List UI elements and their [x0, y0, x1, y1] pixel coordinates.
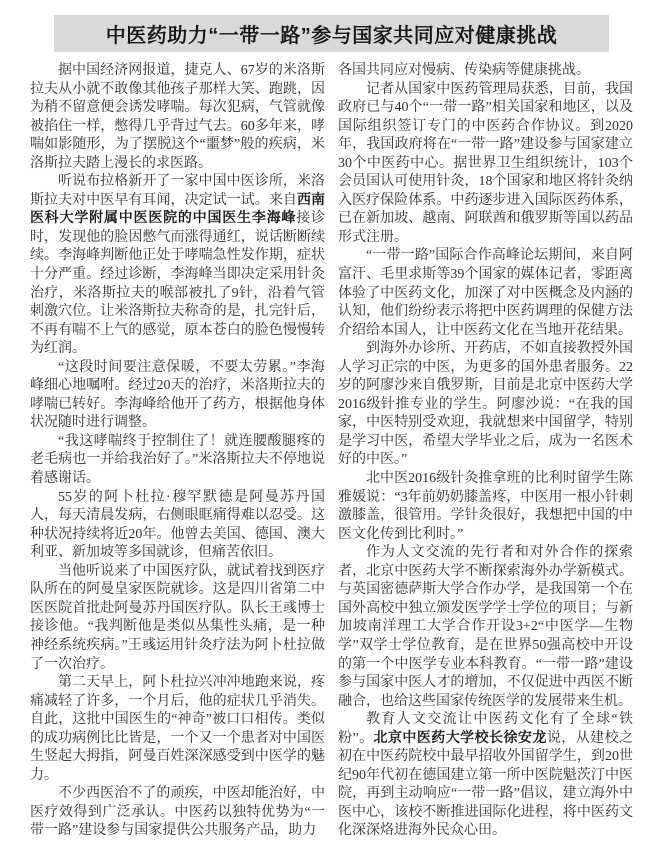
body-text: 各国共同应对慢病、传染病等健康挑战。 [338, 63, 590, 78]
paragraph: 教育人文交流让中医药文化有了全球“铁粉”。北京中医药大学校长徐安龙说，从建校之初… [338, 711, 633, 841]
article-title-bar: 中医药助力“一带一路”参与国家共同应对健康挑战 [54, 15, 609, 52]
paragraph: 不少西医治不了的顽疾，中医却能治好，中医疗效得到广泛承认。中医药以独特优势为“一… [30, 785, 325, 841]
body-text: 听说布拉格新开了一家中国中医诊所，米洛斯拉夫对中医早有耳闻，决定试一试。来自 [30, 174, 325, 208]
body-text: 到海外办诊所、开药店，不如直接教授外国人学习正宗的中医，为更多的国外患者服务。2… [338, 341, 633, 467]
emphasized-text: 北京中医药大学校长徐安龙 [374, 731, 547, 746]
article-column-right: 各国共同应对慢病、传染病等健康挑战。记者从国家中医药管理局获悉，目前，我国政府已… [338, 62, 633, 841]
body-text: 说，从建校之初在中医药院校中最早招收外国留学生，到20世纪90年代初在德国建立第… [338, 731, 633, 839]
body-text: 55岁的阿卜杜拉·穆罕默德是阿曼苏丹国人，每天清晨发病，右侧眼眶痛得难以忍受。这… [30, 490, 325, 561]
body-text: “我这哮喘终于控制住了！就连腰酸腿疼的老毛病也一并给我治好了。”米洛斯拉夫不停地… [30, 434, 325, 486]
body-text: “这段时间要注意保暖，不要太劳累。”李海峰细心地嘱咐。经过20天的治疗，米洛斯拉… [30, 360, 325, 431]
paragraph: 北中医2016级针灸推拿班的比利时留学生陈雅媛说：“3年前奶奶膝盖疼，中医用一根… [338, 470, 633, 544]
paragraph: 听说布拉格新开了一家中国中医诊所，米洛斯拉夫对中医早有耳闻，决定试一试。来自西南… [30, 173, 325, 358]
paragraph: 到海外办诊所、开药店，不如直接教授外国人学习正宗的中医，为更多的国外患者服务。2… [338, 340, 633, 470]
body-text: “一带一路”国际合作高峰论坛期间，来自阿富汗、毛里求斯等39个国家的媒体记者，零… [338, 248, 633, 337]
body-text: 记者从国家中医药管理局获悉，目前，我国政府已与40个“一带一路”相关国家和地区，… [338, 82, 633, 245]
body-text: 不少西医治不了的顽疾，中医却能治好，中医疗效得到广泛承认。中医药以独特优势为“一… [30, 786, 325, 838]
body-text: 据中国经济网报道，捷克人、67岁的米洛斯拉夫从小就不敢像其他孩子那样大笑、跑跳，… [30, 63, 325, 171]
paragraph: “这段时间要注意保暖，不要太劳累。”李海峰细心地嘱咐。经过20天的治疗，米洛斯拉… [30, 359, 325, 433]
body-text: 作为人文交流的先行者和对外合作的探索者，北京中医药大学不断探索海外办学新模式。与… [338, 545, 633, 708]
article-columns: 据中国经济网报道，捷克人、67岁的米洛斯拉夫从小就不敢像其他孩子那样大笑、跑跳，… [30, 62, 633, 841]
paragraph: 当他听说来了中国医疗队，就试着找到医疗队所在的阿曼皇家医院就诊。这是四川省第二中… [30, 563, 325, 674]
body-text: 北中医2016级针灸推拿班的比利时留学生陈雅媛说：“3年前奶奶膝盖疼，中医用一根… [338, 471, 633, 542]
paragraph: 55岁的阿卜杜拉·穆罕默德是阿曼苏丹国人，每天清晨发病，右侧眼眶痛得难以忍受。这… [30, 489, 325, 563]
article-column-left: 据中国经济网报道，捷克人、67岁的米洛斯拉夫从小就不敢像其他孩子那样大笑、跑跳，… [30, 62, 325, 841]
body-text: 当他听说来了中国医疗队，就试着找到医疗队所在的阿曼皇家医院就诊。这是四川省第二中… [30, 564, 325, 672]
paragraph: 第二天早上，阿卜杜拉兴冲冲地跑来说，疼痛减轻了许多，一个月后，他的症状几乎消失。… [30, 674, 325, 785]
paragraph: 作为人文交流的先行者和对外合作的探索者，北京中医药大学不断探索海外办学新模式。与… [338, 544, 633, 711]
paragraph: “我这哮喘终于控制住了！就连腰酸腿疼的老毛病也一并给我治好了。”米洛斯拉夫不停地… [30, 433, 325, 489]
paragraph: 各国共同应对慢病、传染病等健康挑战。 [338, 62, 633, 81]
paragraph: 据中国经济网报道，捷克人、67岁的米洛斯拉夫从小就不敢像其他孩子那样大笑、跑跳，… [30, 62, 325, 173]
paragraph: 记者从国家中医药管理局获悉，目前，我国政府已与40个“一带一路”相关国家和地区，… [338, 81, 633, 248]
body-text: 第二天早上，阿卜杜拉兴冲冲地跑来说，疼痛减轻了许多，一个月后，他的症状几乎消失。… [30, 675, 325, 783]
body-text: 接诊时，发现他的脸因憋气而涨得通红，说话断断续续。李海峰判断他正处于哮喘急性发作… [30, 211, 325, 356]
article-title: 中医药助力“一带一路”参与国家共同应对健康挑战 [106, 19, 558, 48]
paragraph: “一带一路”国际合作高峰论坛期间，来自阿富汗、毛里求斯等39个国家的媒体记者，零… [338, 247, 633, 340]
